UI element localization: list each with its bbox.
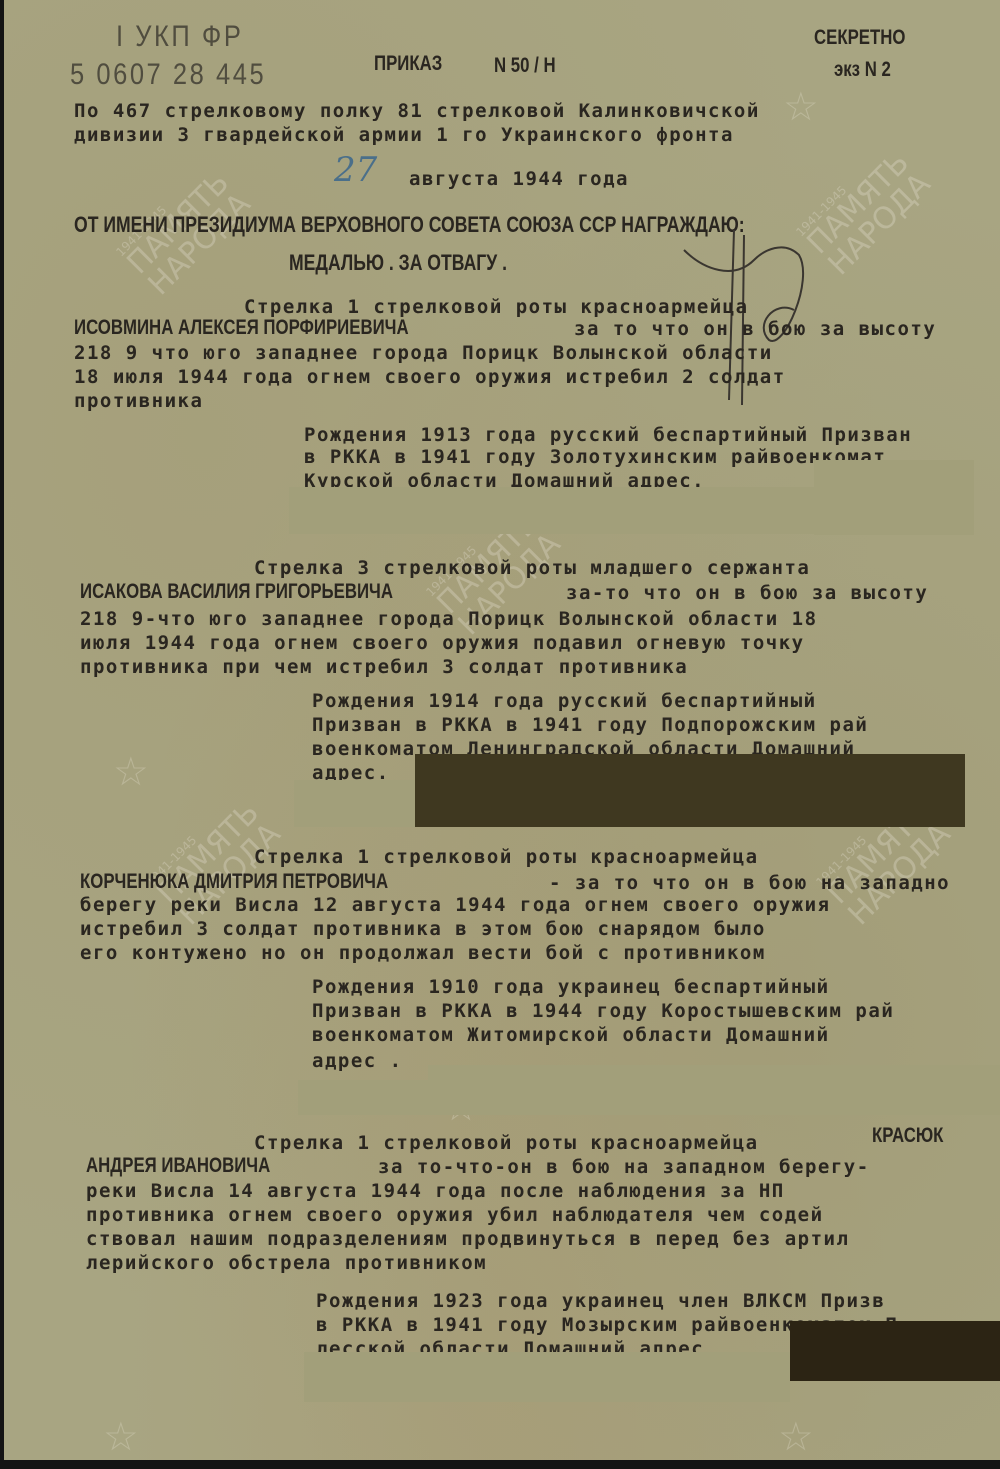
awardee-1-citation-1: за то что он в бою за высоту — [574, 318, 936, 340]
redacted-address — [428, 1065, 1000, 1115]
awardee-2-position: Стрелка 3 стрелковой роты младшего сержа… — [254, 557, 810, 579]
redacted-address — [415, 754, 965, 827]
awardee-2-citation-4: противника при чем истребил 3 солдат про… — [80, 656, 688, 678]
unit-line-1: По 467 стрелковому полку 81 стрелковой К… — [74, 100, 760, 122]
document-page: ☆ 1941-1945ПАМЯТЬНАРОДА 1941-1945ПАМЯТЬН… — [4, 0, 1000, 1460]
awardee-4-position: Стрелка 1 стрелковой роты красноармейца — [254, 1132, 759, 1154]
archive-stamp-line1: I УКП ФР — [116, 20, 243, 54]
awardee-4-bio-1: Рождения 1923 года украинец член ВЛКСМ П… — [316, 1290, 885, 1312]
handwritten-date-day: 27 — [334, 150, 377, 190]
redacted-address — [294, 780, 415, 827]
order-title: ПРИКАЗ — [374, 52, 442, 76]
awardee-3-citation-2: берегу реки Висла 12 августа 1944 года о… — [80, 894, 830, 916]
watermark-star-icon: ☆ — [784, 70, 818, 135]
awardee-3-bio-4: адрес . — [312, 1050, 403, 1072]
medal-name: МЕДАЛЬЮ . ЗА ОТВАГУ . — [289, 250, 507, 276]
awardee-4-surname: КРАСЮК — [872, 1124, 943, 1148]
redacted-address — [304, 1352, 790, 1402]
awardee-1-position: Стрелка 1 стрелковой роты красноармейца — [244, 296, 749, 318]
award-heading: ОТ ИМЕНИ ПРЕЗИДИУМА ВЕРХОВНОГО СОВЕТА СО… — [74, 212, 745, 238]
awardee-1-citation-4: противника — [74, 390, 203, 412]
awardee-3-citation-3: истребил 3 солдат противника в этом бою … — [80, 918, 766, 940]
redacted-address — [790, 1321, 1000, 1381]
awardee-3-position: Стрелка 1 стрелковой роты красноармейца — [254, 846, 759, 868]
awardee-4-citation-5: лерийского обстрела противником — [86, 1252, 487, 1274]
unit-line-2: дивизии 3 гвардейской армии 1 го Украинс… — [74, 124, 734, 146]
redacted-address — [298, 1080, 428, 1115]
classification-label: СЕКРЕТНО — [814, 26, 905, 50]
awardee-4-name: АНДРЕЯ ИВАНОВИЧА — [86, 1154, 270, 1178]
awardee-4-citation-2: реки Висла 14 августа 1944 года после на… — [86, 1180, 785, 1202]
awardee-1-name: ИСОВМИНА АЛЕКСЕЯ ПОРФИРИЕВИЧА — [74, 316, 409, 340]
awardee-1-citation-3: 18 июля 1944 года огнем своего оружия ис… — [74, 366, 786, 388]
awardee-2-citation-2: 218 9-что юго западнее города Порицк Вол… — [80, 608, 818, 630]
order-date: августа 1944 года — [409, 168, 629, 190]
awardee-2-bio-2: Призван в РККА в 1941 году Подпорожским … — [312, 714, 868, 736]
awardee-1-bio-2: в РККА в 1941 году Золотухинским райвоен… — [304, 446, 886, 468]
awardee-3-bio-3: военкоматом Житомирской области Домашний — [312, 1024, 830, 1046]
watermark-star-icon: ☆ — [114, 735, 148, 800]
awardee-4-citation-3: противника огнем своего оружия убил набл… — [86, 1204, 824, 1226]
awardee-1-bio-1: Рождения 1913 года русский беспартийный … — [304, 424, 912, 446]
awardee-3-citation-1: - за то что он в бою на западно — [549, 872, 950, 894]
awardee-4-citation-1: за то-что-он в бою на западном берегу- — [378, 1156, 870, 1178]
awardee-2-name: ИСАКОВА ВАСИЛИЯ ГРИГОРЬЕВИЧА — [80, 580, 393, 604]
awardee-3-citation-4: его контужено но он продолжал вести бой … — [80, 942, 766, 964]
redacted-address — [289, 487, 814, 534]
awardee-4-citation-4: ствовал нашим подразделениям продвинутьс… — [86, 1228, 849, 1250]
redacted-address — [814, 460, 974, 535]
watermark-star-icon: ☆ — [779, 1400, 813, 1460]
awardee-3-name: КОРЧЕНЮКА ДМИТРИЯ ПЕТРОВИЧА — [80, 870, 388, 894]
watermark-star-icon: ☆ — [104, 1400, 138, 1460]
awardee-2-citation-1: за-то что он в бою за высоту — [566, 582, 928, 604]
copy-number: экз N 2 — [834, 58, 891, 82]
awardee-3-bio-2: Призван в РККА в 1944 году Коростышевски… — [312, 1000, 894, 1022]
awardee-2-bio-1: Рождения 1914 года русский беспартийный — [312, 690, 817, 712]
awardee-3-bio-1: Рождения 1910 года украинец беспартийный — [312, 976, 830, 998]
order-number: N 50 / Н — [494, 54, 556, 78]
archive-stamp-line2: 5 0607 28 445 — [70, 58, 266, 92]
awardee-1-citation-2: 218 9 что юго западнее города Порицк Вол… — [74, 342, 773, 364]
awardee-2-citation-3: июля 1944 года огнем своего оружия подав… — [80, 632, 805, 654]
